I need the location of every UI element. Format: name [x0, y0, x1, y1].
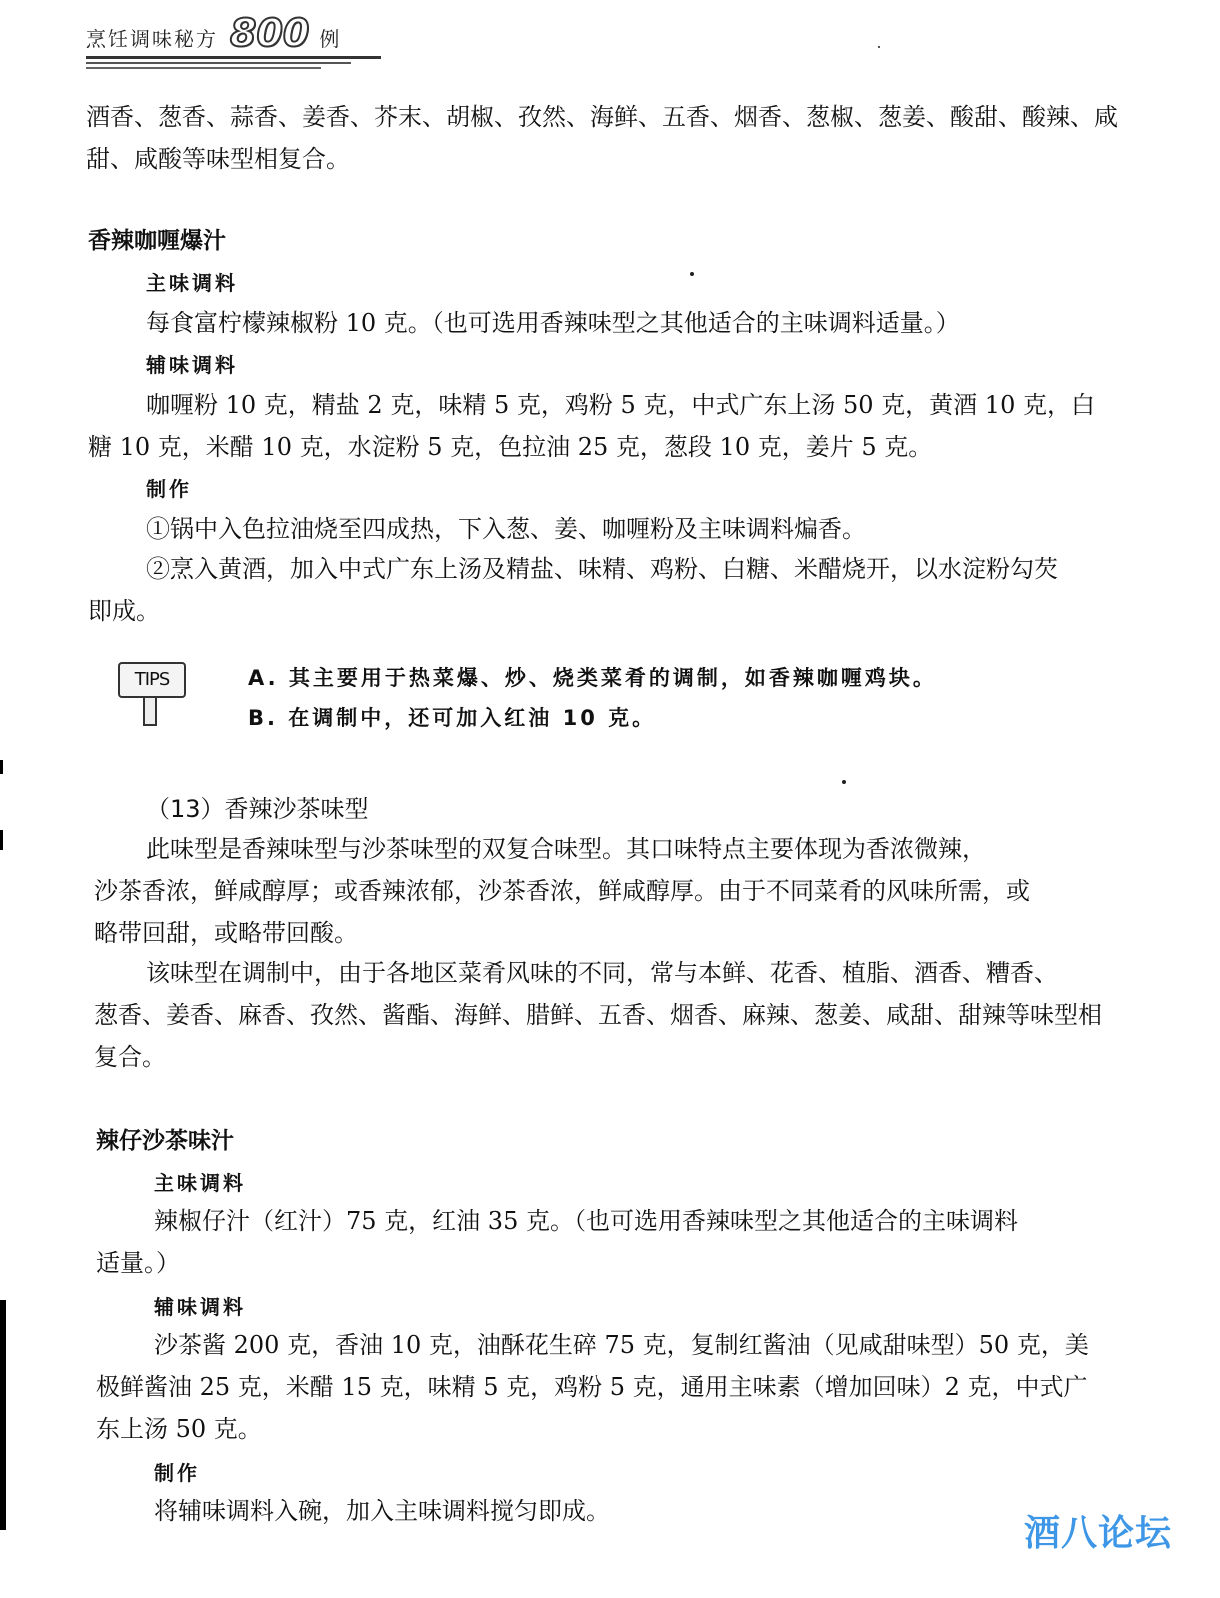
aux-seasoning-text: 沙茶酱 200 克，香油 10 克，油酥花生碎 75 克，复制红酱油（见咸甜味型…	[154, 1324, 1089, 1366]
intro-line: 甜、咸酸等味型相复合。	[86, 138, 350, 180]
section-paragraph: 此味型是香辣味型与沙茶味型的双复合味型。其口味特点主要体现为香浓微辣，	[146, 828, 986, 870]
section-paragraph: 复合。	[94, 1036, 166, 1078]
scan-edge-mark	[0, 830, 3, 850]
main-seasoning-text: 适量。）	[96, 1242, 180, 1284]
aux-seasoning-label: 辅味调料	[154, 1286, 246, 1328]
running-header: 烹饪调味秘方 800 例	[86, 8, 381, 69]
header-rule	[86, 62, 351, 64]
intro-line: 酒香、葱香、蒜香、姜香、芥末、胡椒、孜然、海鲜、五香、烟香、葱椒、葱姜、酸甜、酸…	[86, 96, 1118, 138]
book-title: 烹饪调味秘方 800 例	[86, 8, 381, 52]
recipe-title: 香辣咖喱爆汁	[88, 220, 226, 262]
book-title-suffix: 例	[319, 23, 339, 52]
book-title-cn: 烹饪调味秘方	[86, 23, 218, 52]
aux-seasoning-text: 糖 10 克，米醋 10 克，水淀粉 5 克，色拉油 25 克，葱段 10 克，…	[88, 426, 932, 468]
tip-b: B. 在调制中，还可加入红油 10 克。	[248, 702, 656, 732]
header-rule	[86, 67, 321, 69]
book-title-number: 800	[230, 14, 309, 52]
scan-edge-mark	[0, 760, 3, 774]
tips-post	[143, 698, 157, 726]
main-seasoning-text: 每食富柠檬辣椒粉 10 克。（也可选用香辣味型之其他适合的主味调料适量。）	[146, 302, 960, 344]
method-step: 即成。	[88, 590, 160, 632]
main-seasoning-label: 主味调料	[154, 1162, 246, 1204]
forum-watermark-logo: 酒八论坛	[1024, 1505, 1172, 1556]
section-paragraph: 葱香、姜香、麻香、孜然、酱酯、海鲜、腊鲜、五香、烟香、麻辣、葱姜、咸甜、甜辣等味…	[94, 994, 1102, 1036]
main-seasoning-text: 辣椒仔汁（红汁）75 克，红油 35 克。（也可选用香辣味型之其他适合的主味调料	[154, 1200, 1018, 1242]
main-seasoning-label: 主味调料	[146, 262, 238, 304]
scan-dot	[690, 272, 694, 276]
aux-seasoning-text: 极鲜酱油 25 克，米醋 15 克，味精 5 克，鸡粉 5 克，通用主味素（增加…	[96, 1366, 1088, 1408]
aux-seasoning-text: 咖喱粉 10 克，精盐 2 克，味精 5 克，鸡粉 5 克，中式广东上汤 50 …	[146, 384, 1095, 426]
section-paragraph: 该味型在调制中，由于各地区菜肴风味的不同，常与本鲜、花香、植脂、酒香、糟香、	[146, 952, 1058, 994]
method-label: 制作	[146, 468, 192, 510]
scan-edge-mark	[0, 1300, 6, 1530]
header-rule	[86, 56, 381, 59]
method-step: 将辅味调料入碗，加入主味调料搅匀即成。	[154, 1490, 610, 1532]
scan-dot	[842, 780, 846, 784]
scan-dot	[878, 46, 880, 48]
method-step: ①锅中入色拉油烧至四成热，下入葱、姜、咖喱粉及主味调料煸香。	[146, 508, 866, 550]
section-heading: （13）香辣沙茶味型	[146, 788, 369, 830]
tips-sign-icon: TIPS	[118, 662, 190, 732]
tips-board: TIPS	[118, 662, 186, 698]
method-step: ②烹入黄酒，加入中式广东上汤及精盐、味精、鸡粉、白糖、米醋烧开，以水淀粉勾芡	[146, 548, 1058, 590]
recipe-title: 辣仔沙茶味汁	[96, 1120, 234, 1162]
aux-seasoning-label: 辅味调料	[146, 344, 238, 386]
aux-seasoning-text: 东上汤 50 克。	[96, 1408, 262, 1450]
section-paragraph: 略带回甜，或略带回酸。	[94, 912, 358, 954]
section-paragraph: 沙茶香浓，鲜咸醇厚；或香辣浓郁，沙茶香浓，鲜咸醇厚。由于不同菜肴的风味所需，或	[94, 870, 1030, 912]
tip-a: A. 其主要用于热菜爆、炒、烧类菜肴的调制，如香辣咖喱鸡块。	[248, 662, 937, 692]
method-label: 制作	[154, 1452, 200, 1494]
